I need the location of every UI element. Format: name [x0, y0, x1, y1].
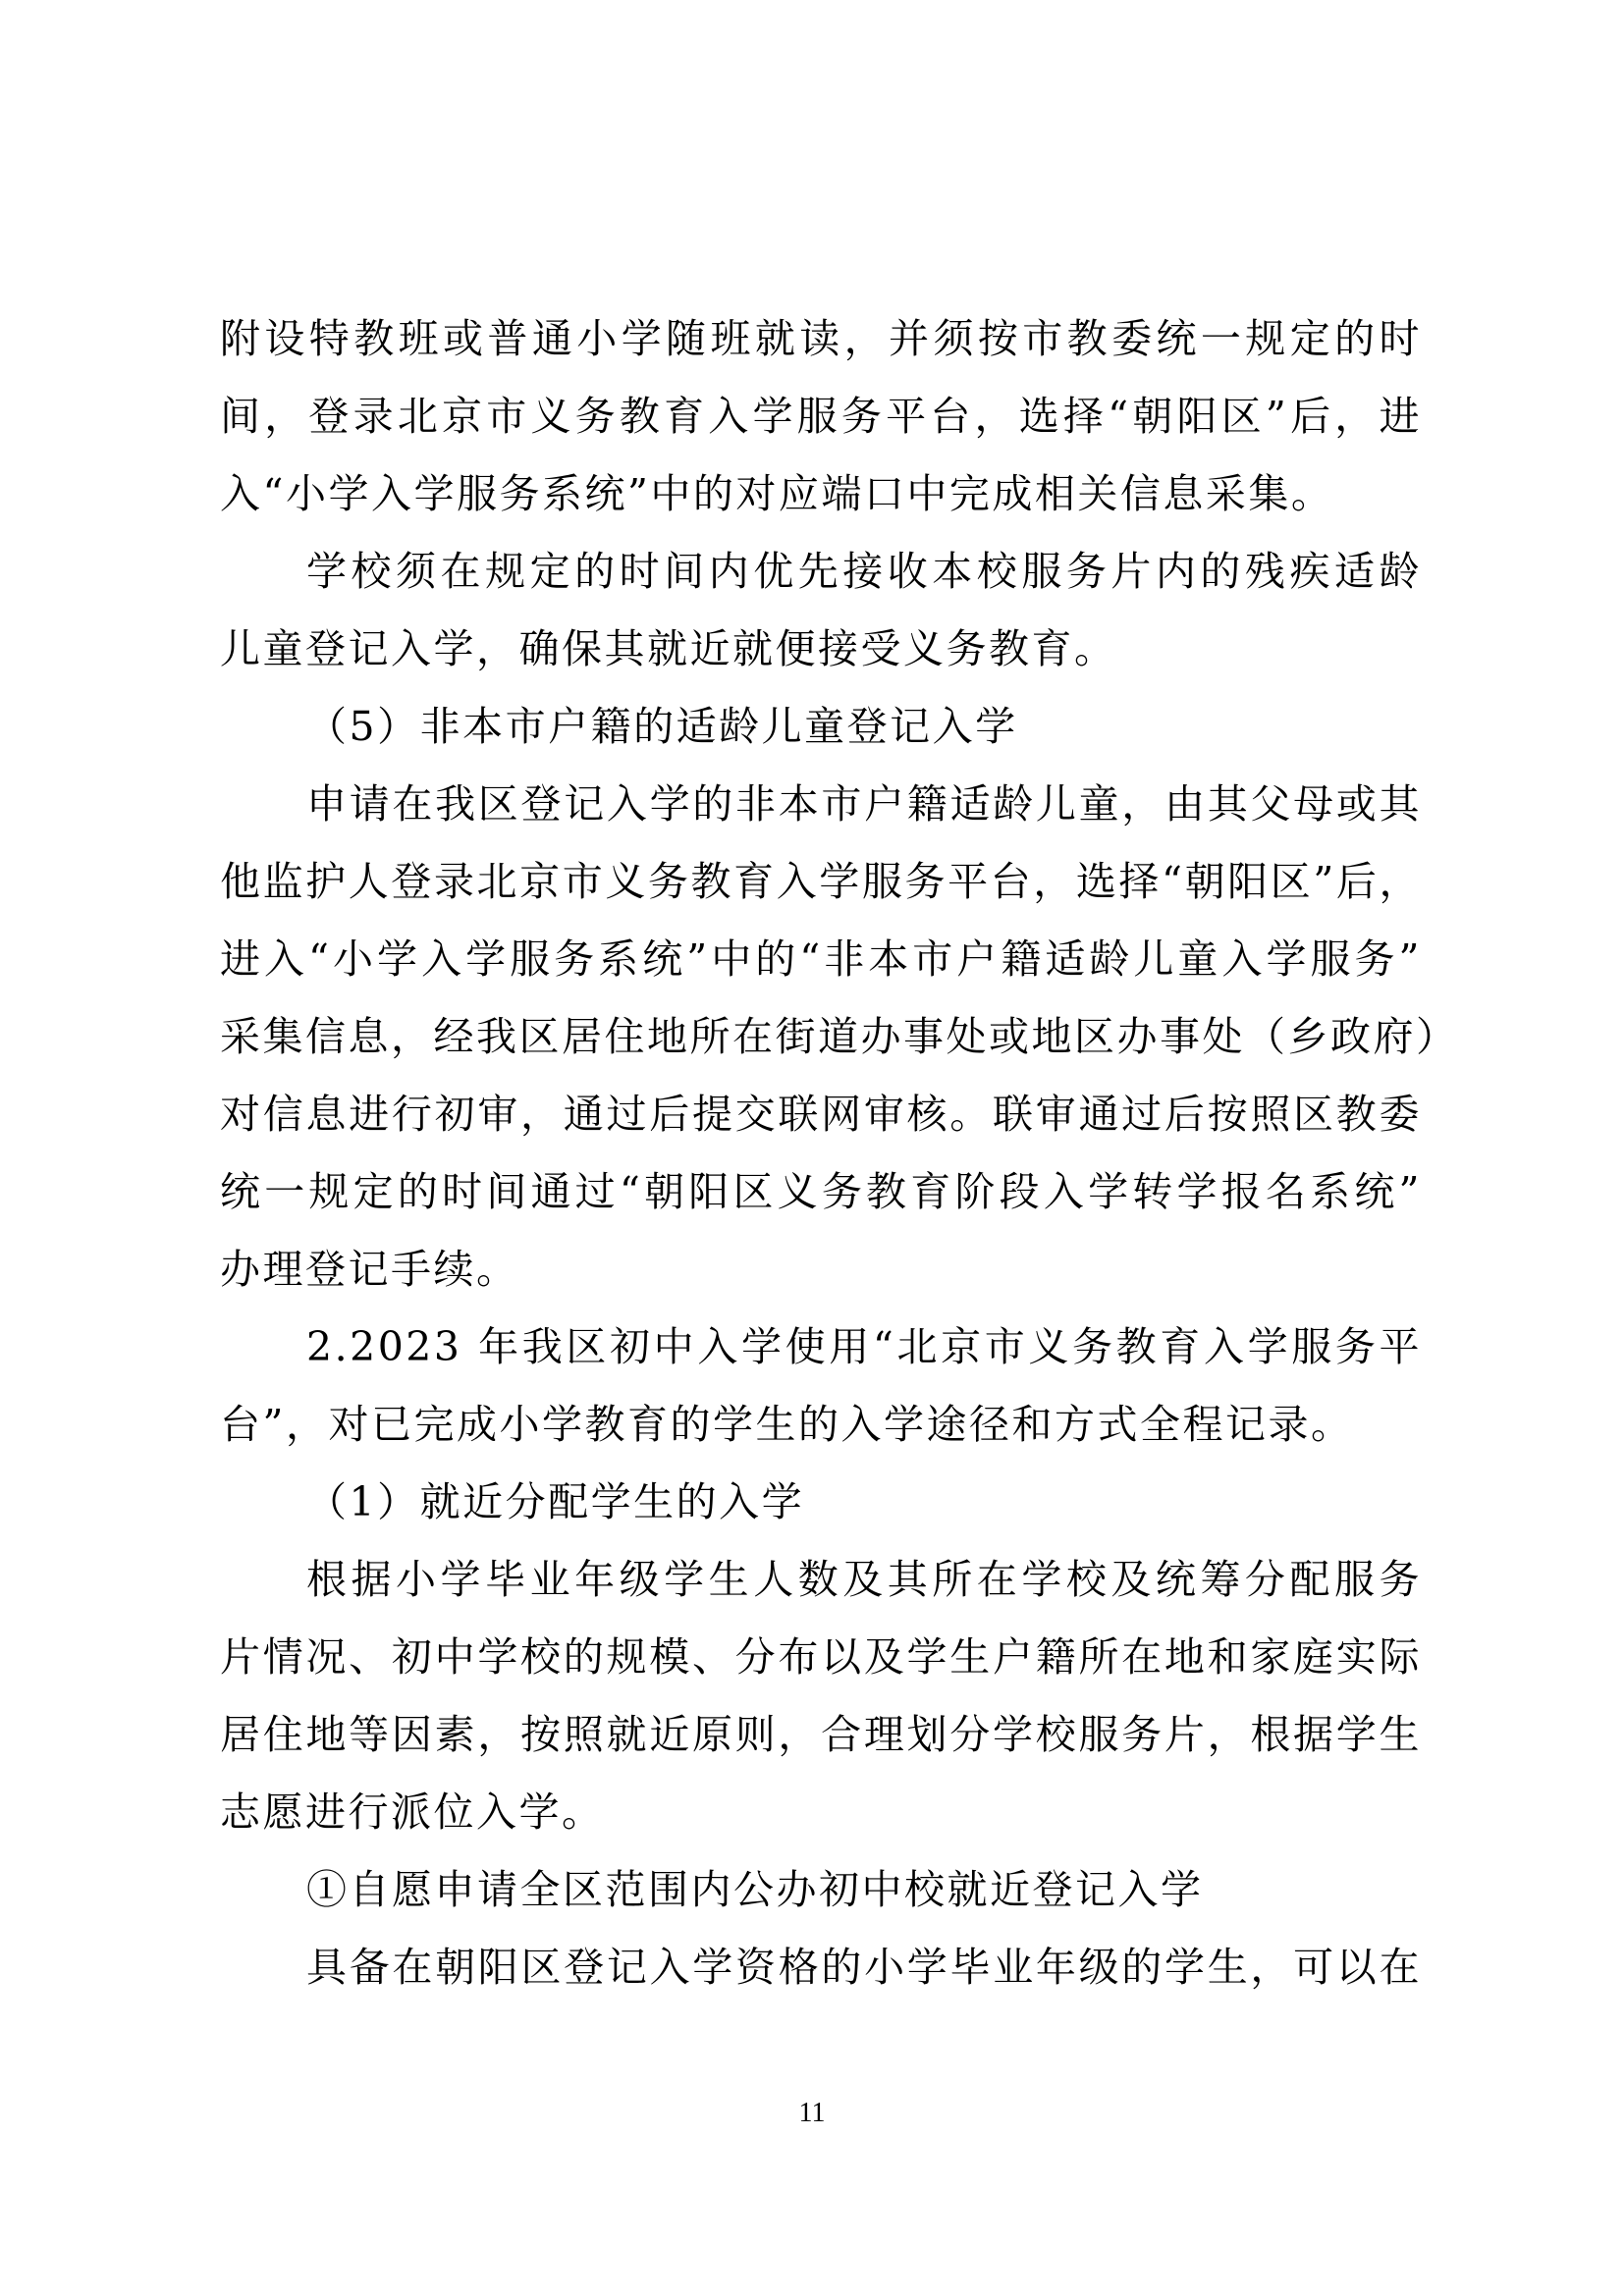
paragraph-line: 具备在朝阳区登记入学资格的小学毕业年级的学生，可以在 — [220, 1929, 1422, 2006]
paragraph-line: 居住地等因素，按照就近原则，合理划分学校服务片，根据学生 — [220, 1696, 1422, 1774]
paragraph-line: 根据小学毕业年级学生人数及其所在学校及统筹分配服务 — [220, 1541, 1422, 1619]
section-heading-nearby-allocation: （1）就近分配学生的入学 — [220, 1464, 1422, 1541]
paragraph-line: 入“小学入学服务系统”中的对应端口中完成相关信息采集。 — [220, 455, 1422, 533]
paragraph-line: 志愿进行派位入学。 — [220, 1774, 1422, 1851]
paragraph-line: 学校须在规定的时间内优先接收本校服务片内的残疾适龄 — [220, 533, 1422, 611]
paragraph-line: 统一规定的时间通过“朝阳区义务教育阶段入学转学报名系统” — [220, 1153, 1422, 1231]
body-text: 附设特教班或普通小学随班就读，并须按市教委统一规定的时 间，登录北京市义务教育入… — [220, 300, 1422, 2006]
section-heading-non-local-children: （5）非本市户籍的适龄儿童登记入学 — [220, 688, 1422, 766]
paragraph-line: 他监护人登录北京市义务教育入学服务平台，选择“朝阳区”后， — [220, 843, 1422, 921]
page-number: 11 — [0, 2099, 1624, 2128]
document-page: 附设特教班或普通小学随班就读，并须按市教委统一规定的时 间，登录北京市义务教育入… — [0, 0, 1624, 2296]
section-heading-middle-school-2023: 2.2023 年我区初中入学使用“北京市义务教育入学服务平 — [220, 1308, 1422, 1386]
paragraph-line: 对信息进行初审，通过后提交联网审核。联审通过后按照区教委 — [220, 1076, 1422, 1153]
paragraph-line: 办理登记手续。 — [220, 1231, 1422, 1308]
paragraph-line: 间，登录北京市义务教育入学服务平台，选择“朝阳区”后，进 — [220, 378, 1422, 455]
paragraph-line: 附设特教班或普通小学随班就读，并须按市教委统一规定的时 — [220, 300, 1422, 378]
paragraph-line: 台”，对已完成小学教育的学生的入学途径和方式全程记录。 — [220, 1386, 1422, 1464]
paragraph-line: 儿童登记入学，确保其就近就便接受义务教育。 — [220, 611, 1422, 688]
section-heading-voluntary-application: ①自愿申请全区范围内公办初中校就近登记入学 — [220, 1851, 1422, 1929]
paragraph-line: 申请在我区登记入学的非本市户籍适龄儿童，由其父母或其 — [220, 766, 1422, 843]
paragraph-line: 片情况、初中学校的规模、分布以及学生户籍所在地和家庭实际 — [220, 1619, 1422, 1696]
paragraph-line: 采集信息，经我区居住地所在街道办事处或地区办事处（乡政府） — [220, 998, 1422, 1076]
paragraph-line: 进入“小学入学服务系统”中的“非本市户籍适龄儿童入学服务” — [220, 921, 1422, 998]
